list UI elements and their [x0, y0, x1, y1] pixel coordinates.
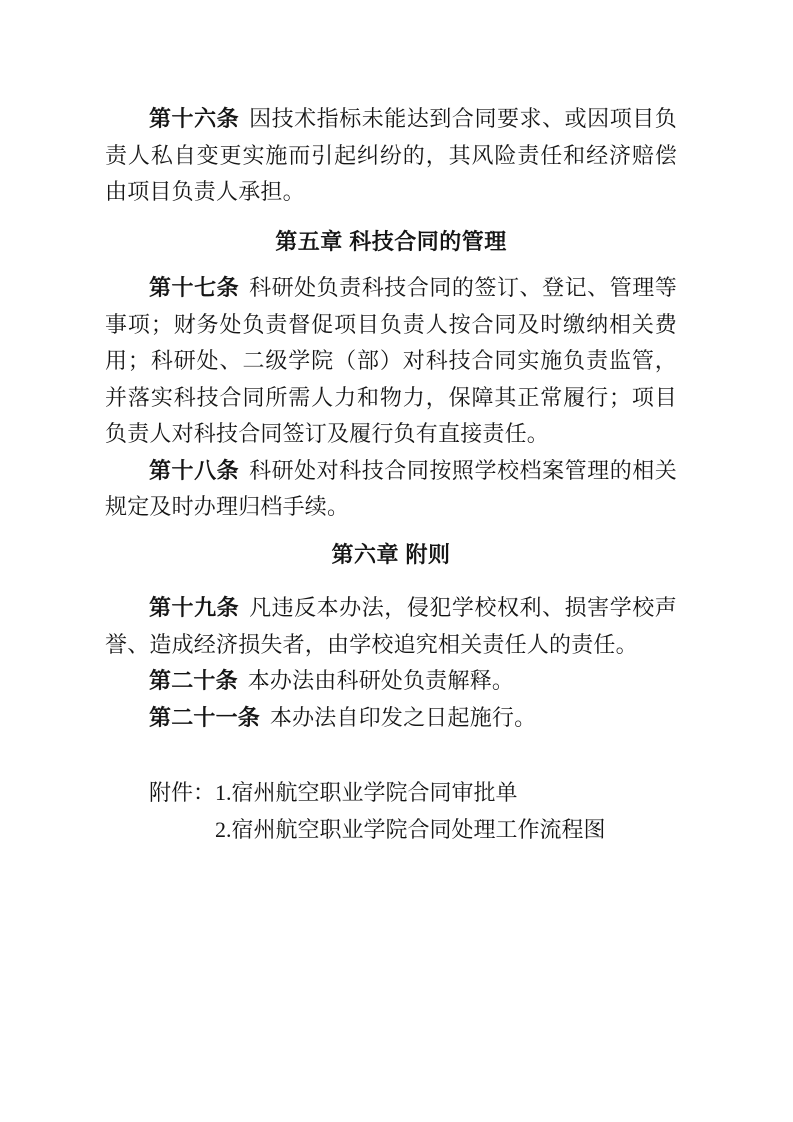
attachments-list: 1.宿州航空职业学院合同审批单 2.宿州航空职业学院合同处理工作流程图	[215, 775, 606, 848]
article-16-paragraph: 第十六条因技术指标未能达到合同要求、或因项目负责人私自变更实施而引起纠纷的，其风…	[105, 101, 677, 211]
attachment-item-2: 2.宿州航空职业学院合同处理工作流程图	[215, 812, 606, 849]
article-21-paragraph: 第二十一条本办法自印发之日起施行。	[105, 700, 677, 737]
chapter-5-heading: 第五章 科技合同的管理	[105, 224, 677, 261]
chapter-6-heading: 第六章 附则	[105, 537, 677, 574]
article-17-paragraph: 第十七条科研处负责科技合同的签订、登记、管理等事项；财务处负责督促项目负责人按合…	[105, 270, 677, 453]
attachments-label: 附件：	[149, 775, 215, 812]
document-page: 第十六条因技术指标未能达到合同要求、或因项目负责人私自变更实施而引起纠纷的，其风…	[0, 0, 793, 1122]
article-18-paragraph: 第十八条科研处对科技合同按照学校档案管理的相关规定及时办理归档手续。	[105, 453, 677, 526]
article-21-number: 第二十一条	[149, 705, 260, 730]
article-21-text: 本办法自印发之日起施行。	[270, 705, 536, 730]
article-19-number: 第十九条	[149, 595, 239, 620]
article-19-paragraph: 第十九条凡违反本办法，侵犯学校权利、损害学校声誉、造成经济损失者，由学校追究相关…	[105, 590, 677, 663]
article-20-paragraph: 第二十条本办法由科研处负责解释。	[105, 663, 677, 700]
attachments-block: 附件： 1.宿州航空职业学院合同审批单 2.宿州航空职业学院合同处理工作流程图	[105, 775, 677, 848]
article-16-number: 第十六条	[149, 106, 239, 131]
article-17-number: 第十七条	[149, 275, 239, 300]
article-20-number: 第二十条	[149, 668, 238, 693]
article-18-number: 第十八条	[149, 458, 239, 483]
attachment-item-1: 1.宿州航空职业学院合同审批单	[215, 775, 606, 812]
article-17-text: 科研处负责科技合同的签订、登记、管理等事项；财务处负责督促项目负责人按合同及时缴…	[105, 275, 677, 446]
article-20-text: 本办法由科研处负责解释。	[248, 668, 514, 693]
